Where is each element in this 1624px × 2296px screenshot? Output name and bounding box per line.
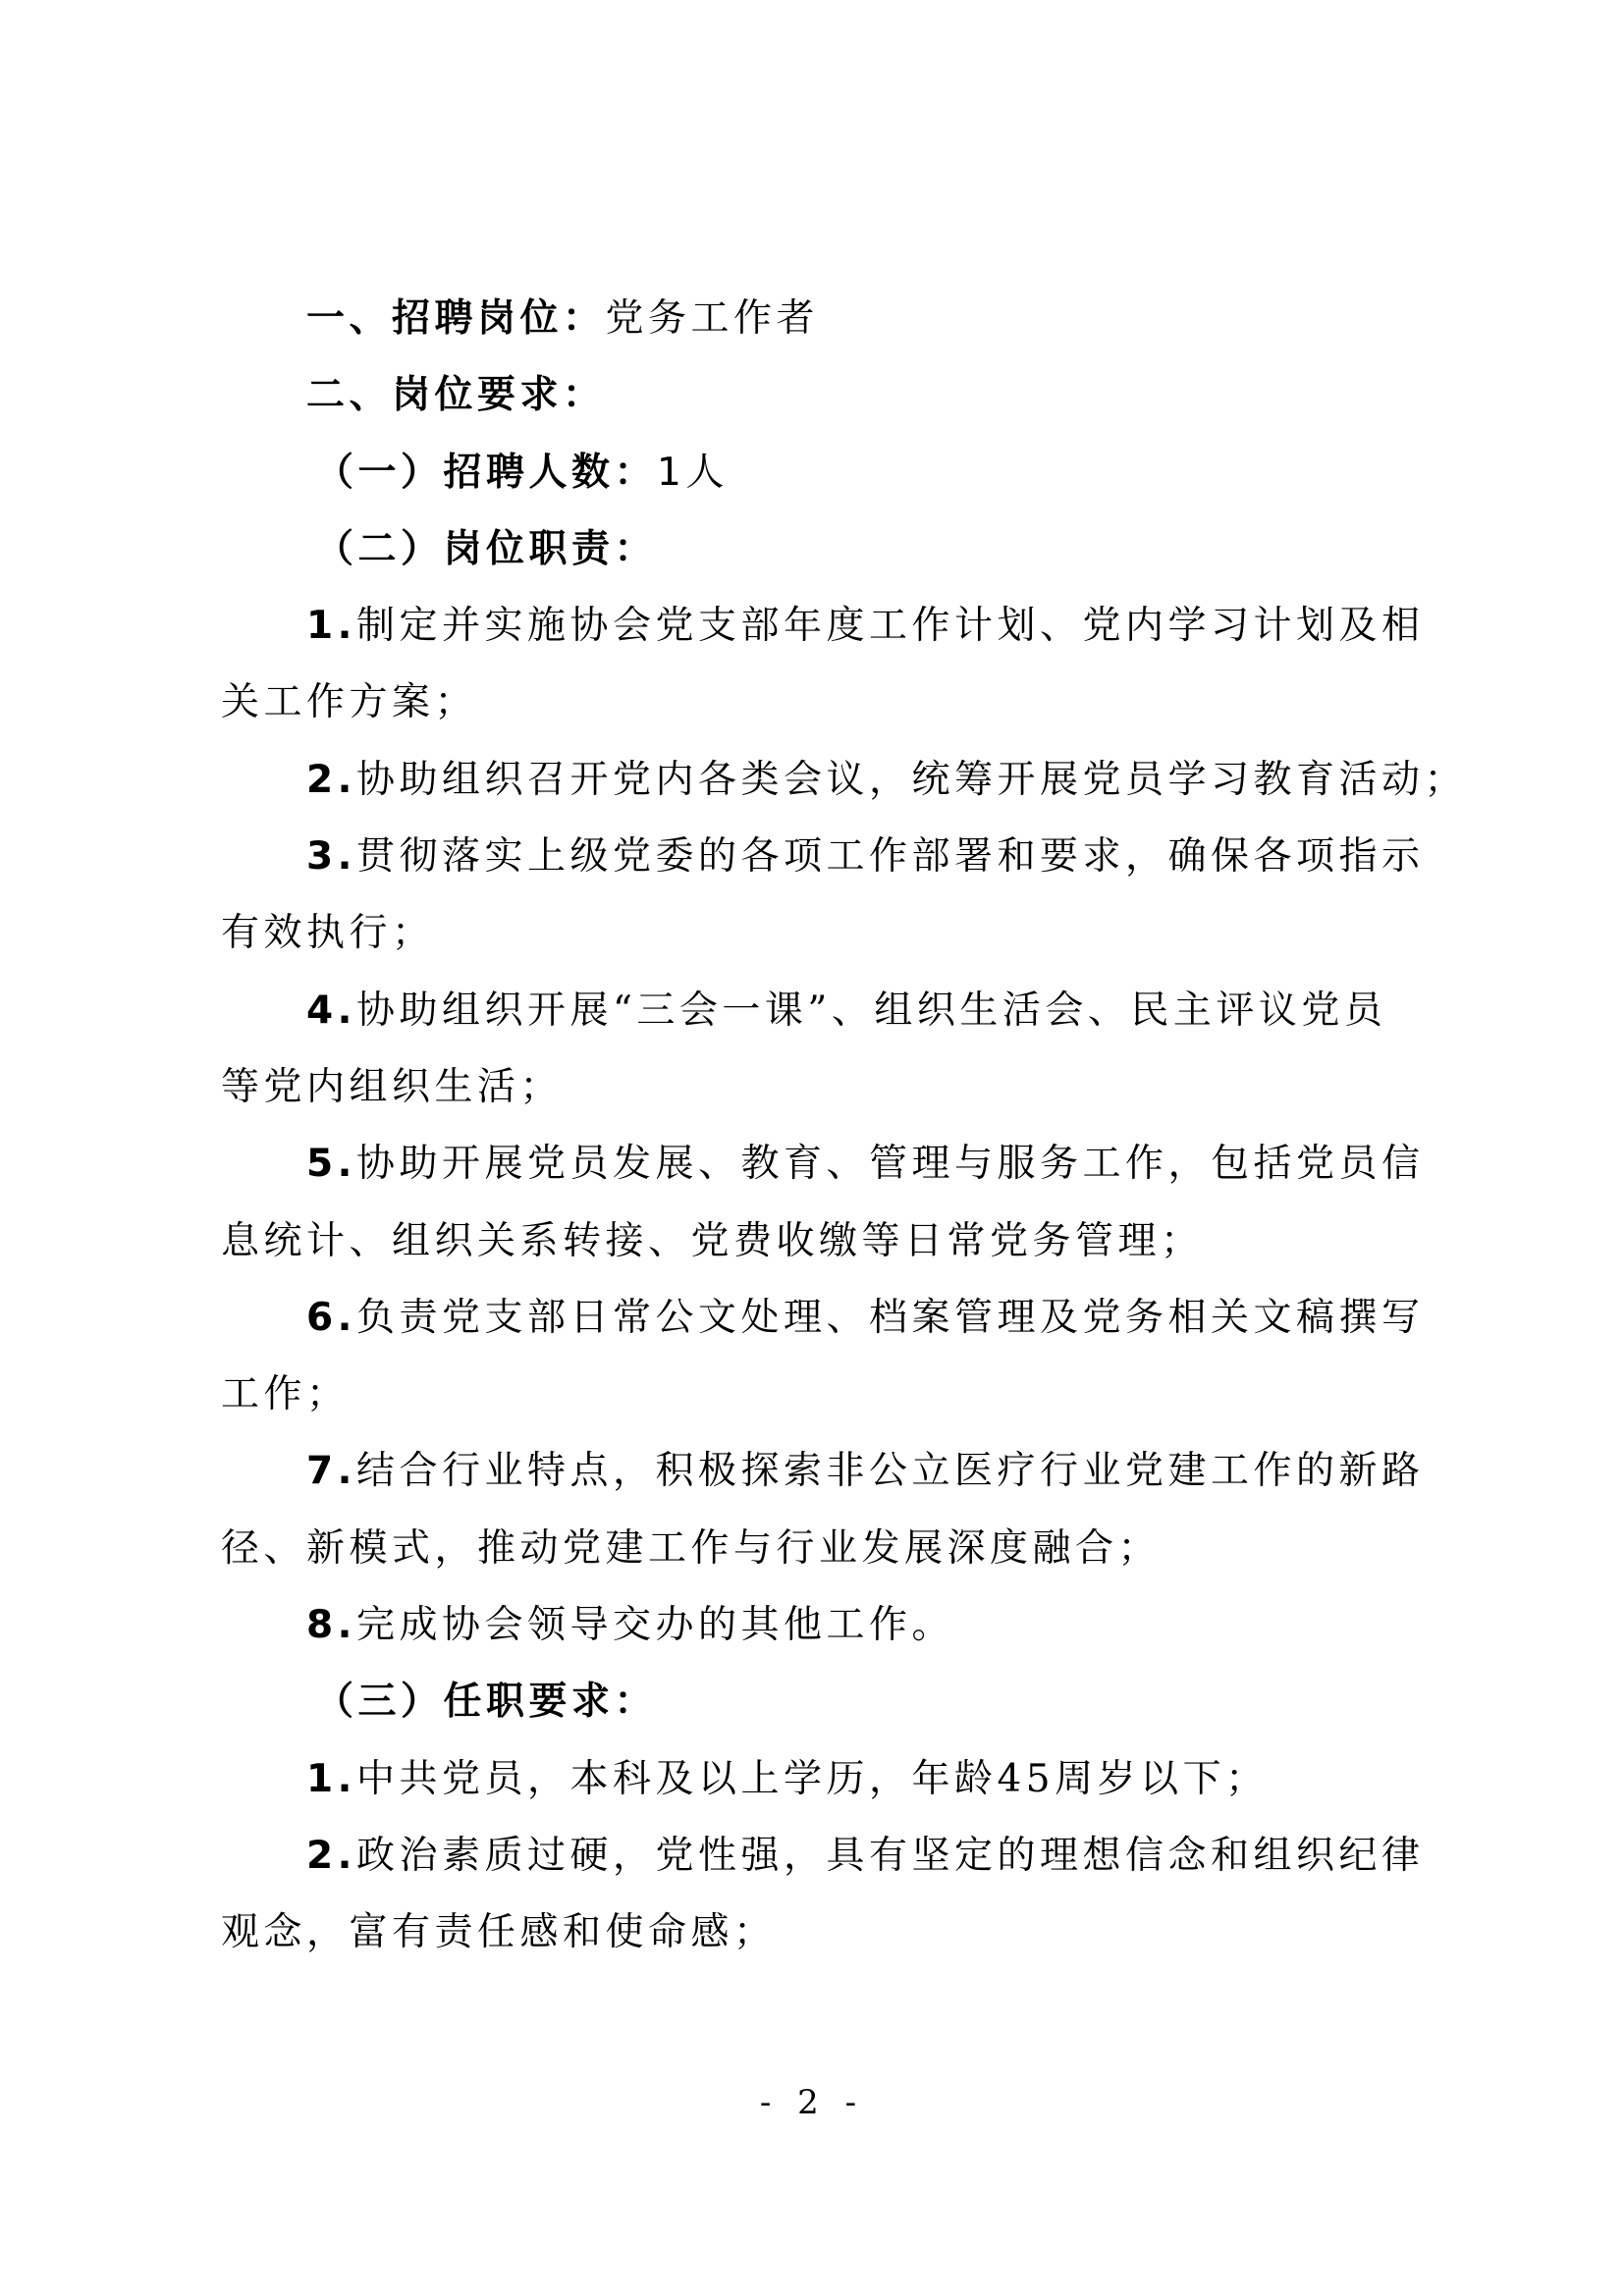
item-text: 有效执行； [221, 911, 435, 955]
duty-item-7: 7.结合行业特点，积极探索非公立医疗行业党建工作的新路 [221, 1444, 1434, 1521]
item-text: 等党内组织生活； [221, 1065, 563, 1109]
duty-item-1-cont: 关工作方案； [221, 675, 1434, 752]
duty-item-1: 1.制定并实施协会党支部年度工作计划、党内学习计划及相 [221, 599, 1434, 675]
duty-item-4: 4.协助组织开展“三会一课”、组织生活会、民主评议党员 [221, 984, 1434, 1060]
section-heading: 一、招聘岗位： [306, 296, 606, 341]
item-number: 2. [306, 1834, 356, 1878]
item-text: 协助组织召开党内各类会议，统筹开展党员学习教育活动； [356, 758, 1467, 802]
duty-item-5-cont: 息统计、组织关系转接、党费收缴等日常党务管理； [221, 1214, 1434, 1291]
item-text: 完成协会领导交办的其他工作。 [356, 1603, 954, 1647]
subsection-heading: （三）任职要求： [315, 1680, 657, 1724]
item-number: 4. [306, 988, 356, 1033]
requirement-item-2: 2.政治素质过硬，党性强，具有坚定的理想信念和组织纪律 [221, 1829, 1434, 1905]
subsection-qualifications: （三）任职要求： [221, 1675, 1434, 1751]
subsection-heading: （一）招聘人数： [315, 451, 657, 495]
position-value: 党务工作者 [606, 296, 820, 341]
requirement-item-1: 1.中共党员，本科及以上学历，年龄45周岁以下； [221, 1752, 1434, 1829]
duty-item-8: 8.完成协会领导交办的其他工作。 [221, 1598, 1434, 1675]
section-requirements: 二、岗位要求： [221, 368, 1434, 445]
item-number: 1. [306, 604, 356, 648]
section-heading: 二、岗位要求： [306, 373, 606, 417]
subsection-headcount: （一）招聘人数：1人 [221, 446, 1434, 522]
requirement-item-2-cont: 观念，富有责任感和使命感； [221, 1905, 1434, 1982]
duty-item-3: 3.贯彻落实上级党委的各项工作部署和要求，确保各项指示 [221, 829, 1434, 906]
item-text: 负责党支部日常公文处理、档案管理及党务相关文稿撰写 [356, 1296, 1425, 1340]
requirements-list: 1.中共党员，本科及以上学历，年龄45周岁以下； 2.政治素质过硬，党性强，具有… [221, 1752, 1434, 1983]
item-text: 观念，富有责任感和使命感； [221, 1910, 777, 1954]
item-text: 关工作方案； [221, 680, 477, 724]
duty-item-6: 6.负责党支部日常公文处理、档案管理及党务相关文稿撰写 [221, 1291, 1434, 1367]
item-number: 2. [306, 758, 356, 802]
item-text: 中共党员，本科及以上学历，年龄45周岁以下； [356, 1757, 1269, 1801]
item-text: 政治素质过硬，党性强，具有坚定的理想信念和组织纪律 [356, 1834, 1425, 1878]
section-recruit-position: 一、招聘岗位：党务工作者 [221, 292, 1434, 368]
item-text: 协助开展党员发展、教育、管理与服务工作，包括党员信 [356, 1142, 1425, 1186]
item-text: 结合行业特点，积极探索非公立医疗行业党建工作的新路 [356, 1449, 1425, 1493]
subsection-duties: （二）岗位职责： [221, 522, 1434, 599]
item-number: 1. [306, 1757, 356, 1801]
duties-list: 1.制定并实施协会党支部年度工作计划、党内学习计划及相 关工作方案； 2.协助组… [221, 599, 1434, 1675]
subsection-heading: （二）岗位职责： [315, 527, 657, 571]
item-text: 协助组织开展“三会一课”、组织生活会、民主评议党员 [356, 988, 1386, 1033]
headcount-value: 1人 [657, 451, 729, 495]
duty-item-2: 2.协助组织召开党内各类会议，统筹开展党员学习教育活动； [221, 753, 1434, 829]
duty-item-7-cont: 径、新模式，推动党建工作与行业发展深度融合； [221, 1522, 1434, 1598]
item-number: 7. [306, 1449, 356, 1493]
item-text: 息统计、组织关系转接、党费收缴等日常党务管理； [221, 1219, 1204, 1263]
item-number: 6. [306, 1296, 356, 1340]
document-page: 一、招聘岗位：党务工作者 二、岗位要求： （一）招聘人数：1人 （二）岗位职责：… [0, 0, 1624, 2296]
item-number: 8. [306, 1603, 356, 1647]
duty-item-5: 5.协助开展党员发展、教育、管理与服务工作，包括党员信 [221, 1137, 1434, 1213]
duty-item-4-cont: 等党内组织生活； [221, 1060, 1434, 1137]
item-text: 工作； [221, 1372, 350, 1416]
item-number: 3. [306, 834, 356, 879]
item-number: 5. [306, 1142, 356, 1186]
item-text: 径、新模式，推动党建工作与行业发展深度融合； [221, 1526, 1161, 1571]
duty-item-6-cont: 工作； [221, 1367, 1434, 1444]
item-text: 制定并实施协会党支部年度工作计划、党内学习计划及相 [356, 604, 1425, 648]
document-body: 一、招聘岗位：党务工作者 二、岗位要求： （一）招聘人数：1人 （二）岗位职责：… [221, 292, 1434, 1983]
item-text: 贯彻落实上级党委的各项工作部署和要求，确保各项指示 [356, 834, 1425, 879]
duty-item-3-cont: 有效执行； [221, 906, 1434, 983]
page-number: - 2 - [0, 2083, 1624, 2122]
